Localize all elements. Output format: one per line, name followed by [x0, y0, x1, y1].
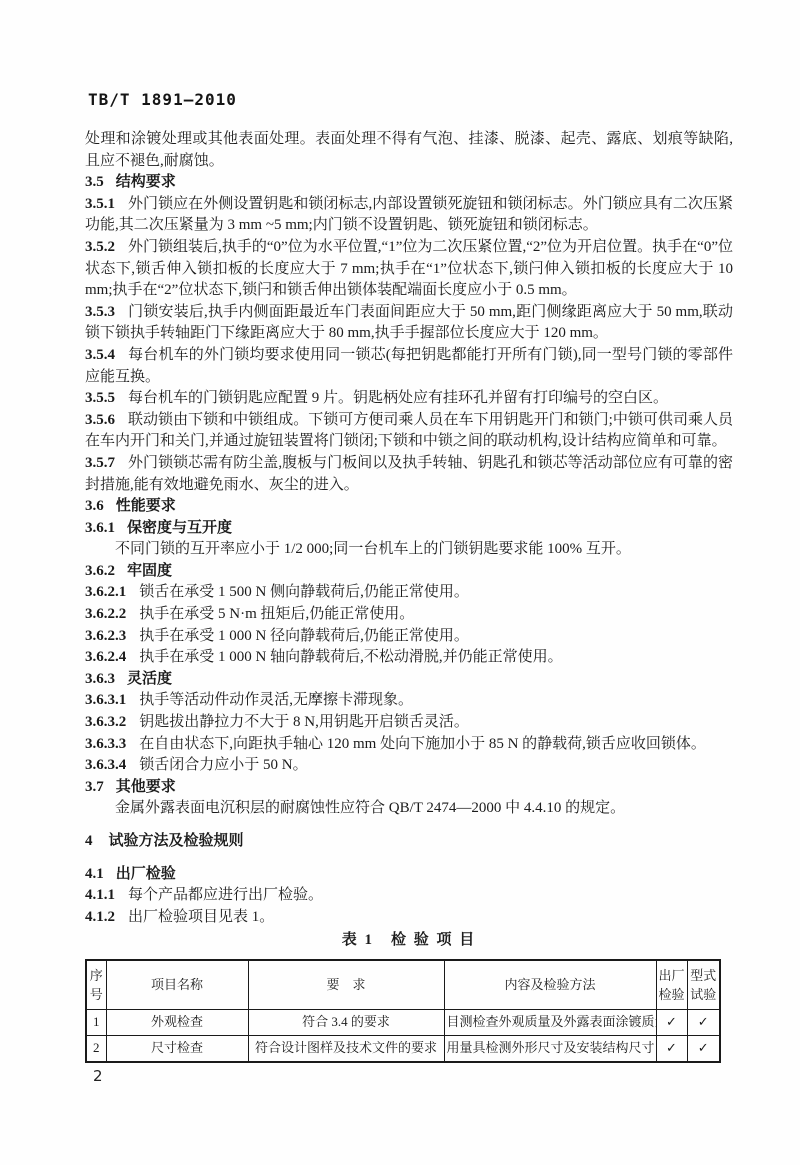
clause-number: 3.6.3.3 [85, 736, 126, 752]
paragraph: 3.6.3.1执手等活动件动作灵活,无摩擦卡滞现象。 [85, 690, 733, 712]
clause-number: 3.5.1 [85, 196, 115, 212]
clause-number: 3.6.2.1 [85, 584, 126, 600]
paragraph-text: 性能要求 [116, 498, 176, 514]
paragraph: 3.5.3门锁安装后,执手内侧面距最近车门表面间距应大于 50 mm,距门侧缘距… [85, 302, 733, 345]
table-cell: 1 [86, 1009, 106, 1035]
document-body: 处理和涂镀处理或其他表面处理。表面处理不得有气泡、挂漆、脱漆、起壳、露底、划痕等… [85, 129, 733, 1063]
paragraph-text: 执手在承受 1 000 N 轴向静载荷后,不松动滑脱,并仍能正常使用。 [139, 649, 562, 665]
clause-number: 3.6.3.1 [85, 692, 126, 708]
check-mark-icon: ✓ [698, 1040, 709, 1055]
paragraph: 3.5.2外门锁组装后,执手的“0”位为水平位置,“1”位为二次压紧位置,“2”… [85, 237, 733, 302]
clause-number: 3.5.3 [85, 304, 115, 320]
table-cell: 目测检查外观质量及外露表面涂镀质量 [444, 1009, 656, 1035]
paragraph-text: 出厂检验项目见表 1。 [128, 909, 274, 925]
table-body: 1外观检查符合 3.4 的要求目测检查外观质量及外露表面涂镀质量✓✓2尺寸检查符… [86, 1009, 720, 1062]
clause-number: 3.6.3.2 [85, 714, 126, 730]
clause-number: 3.5.5 [85, 390, 115, 406]
paragraph-text: 执手在承受 1 000 N 径向静载荷后,仍能正常使用。 [139, 628, 469, 644]
paragraph-text: 处理和涂镀处理或其他表面处理。表面处理不得有气泡、挂漆、脱漆、起壳、露底、划痕等… [85, 131, 733, 169]
paragraph: 3.5.6联动锁由下锁和中锁组成。下锁可方便司乘人员在车下用钥匙开门和锁门;中锁… [85, 410, 733, 453]
table-header-cell: 内容及检验方法 [444, 960, 656, 1010]
paragraph-text: 执手在承受 5 N·m 扭矩后,仍能正常使用。 [139, 606, 414, 622]
clause-number: 3.5 [85, 174, 104, 190]
paragraph-text: 锁舌在承受 1 500 N 侧向静载荷后,仍能正常使用。 [139, 584, 469, 600]
paragraph-text: 在自由状态下,向距执手轴心 120 mm 处向下施加小于 85 N 的静载荷,锁… [139, 736, 706, 752]
clause-number: 3.5.6 [85, 412, 115, 428]
paragraph: 金属外露表面电沉积层的耐腐蚀性应符合 QB/T 2474—2000 中 4.4.… [85, 798, 733, 820]
clause-number: 3.5.7 [85, 455, 115, 471]
table-cell: 尺寸检查 [106, 1035, 248, 1062]
paragraph: 3.6.3.2钥匙拔出静拉力不大于 8 N,用钥匙开启锁舌灵活。 [85, 712, 733, 734]
clause-number: 3.6.3 [85, 671, 115, 687]
page-number: 2 [93, 1067, 103, 1085]
paragraph: 4.1.2出厂检验项目见表 1。 [85, 907, 733, 929]
clause-number: 3.6 [85, 498, 104, 514]
paragraph-text: 金属外露表面电沉积层的耐腐蚀性应符合 QB/T 2474—2000 中 4.4.… [115, 800, 625, 816]
paragraph: 3.5.4每台机车的外门锁均要求使用同一锁芯(每把钥匙都能打开所有门锁),同一型… [85, 345, 733, 388]
table-cell: 符合 3.4 的要求 [248, 1009, 444, 1035]
paragraph-text: 外门锁组装后,执手的“0”位为水平位置,“1”位为二次压紧位置,“2”位为开启位… [85, 239, 733, 298]
table-cell: ✓ [687, 1035, 720, 1062]
check-mark-icon: ✓ [666, 1014, 677, 1029]
section-heading: 3.6.3灵活度 [85, 669, 733, 691]
clause-number: 4.1.1 [85, 887, 115, 903]
section-heading: 4试验方法及检验规则 [85, 831, 733, 853]
paragraph-text: 牢固度 [127, 563, 172, 579]
paragraph-text: 执手等活动件动作灵活,无摩擦卡滞现象。 [139, 692, 413, 708]
table-header-cell: 序号 [86, 960, 106, 1010]
paragraph-text: 出厂检验 [116, 866, 176, 882]
paragraph: 3.5.7外门锁锁芯需有防尘盖,腹板与门板间以及执手转轴、钥匙孔和锁芯等活动部位… [85, 453, 733, 496]
table-header-cell: 项目名称 [106, 960, 248, 1010]
paragraph: 4.1.1每个产品都应进行出厂检验。 [85, 885, 733, 907]
table-cell: 2 [86, 1035, 106, 1062]
paragraph: 3.6.2.1锁舌在承受 1 500 N 侧向静载荷后,仍能正常使用。 [85, 582, 733, 604]
paragraph-text: 结构要求 [116, 174, 176, 190]
table-cell: ✓ [656, 1035, 687, 1062]
table-cell: 外观检查 [106, 1009, 248, 1035]
paragraph: 3.6.2.3执手在承受 1 000 N 径向静载荷后,仍能正常使用。 [85, 626, 733, 648]
standard-number-header: TB/T 1891—2010 [88, 90, 237, 109]
table-cell: 符合设计图样及技术文件的要求 [248, 1035, 444, 1062]
table-header-cell: 型式试验 [687, 960, 720, 1010]
section-heading: 3.5结构要求 [85, 172, 733, 194]
table-header-cell: 出厂检验 [656, 960, 687, 1010]
paragraph-text: 灵活度 [127, 671, 172, 687]
paragraph-text: 保密度与互开度 [127, 520, 232, 536]
paragraph-text: 外门锁锁芯需有防尘盖,腹板与门板间以及执手转轴、钥匙孔和锁芯等活动部位应有可靠的… [85, 455, 733, 493]
clause-number: 3.5.4 [85, 347, 115, 363]
table-header-row: 序号项目名称要 求内容及检验方法出厂检验型式试验 [86, 960, 720, 1010]
clause-number: 4.1 [85, 866, 104, 882]
document-page: TB/T 1891—2010 处理和涂镀处理或其他表面处理。表面处理不得有气泡、… [0, 0, 800, 1165]
paragraph: 3.6.3.3在自由状态下,向距执手轴心 120 mm 处向下施加小于 85 N… [85, 734, 733, 756]
table-cell: ✓ [656, 1009, 687, 1035]
table-cell: 用量具检测外形尺寸及安装结构尺寸 [444, 1035, 656, 1062]
table-row: 1外观检查符合 3.4 的要求目测检查外观质量及外露表面涂镀质量✓✓ [86, 1009, 720, 1035]
section-heading: 4.1出厂检验 [85, 864, 733, 886]
paragraph: 3.5.1外门锁应在外侧设置钥匙和锁闭标志,内部设置锁死旋钮和锁闭标志。外门锁应… [85, 194, 733, 237]
paragraph-text: 锁舌闭合力应小于 50 N。 [139, 757, 307, 773]
section-heading: 3.7其他要求 [85, 777, 733, 799]
clause-number: 3.7 [85, 779, 104, 795]
clause-number: 3.6.2.4 [85, 649, 126, 665]
paragraph: 不同门锁的互开率应小于 1/2 000;同一台机车上的门锁钥匙要求能 100% … [85, 539, 733, 561]
paragraph: 3.6.2.4执手在承受 1 000 N 轴向静载荷后,不松动滑脱,并仍能正常使… [85, 647, 733, 669]
paragraph: 处理和涂镀处理或其他表面处理。表面处理不得有气泡、挂漆、脱漆、起壳、露底、划痕等… [85, 129, 733, 172]
paragraph-text: 门锁安装后,执手内侧面距最近车门表面间距应大于 50 mm,距门侧缘距离应大于 … [85, 304, 733, 342]
clause-number: 4 [85, 833, 93, 849]
clause-number: 3.6.1 [85, 520, 115, 536]
paragraph-text: 每台机车的外门锁均要求使用同一锁芯(每把钥匙都能打开所有门锁),同一型号门锁的零… [85, 347, 733, 385]
paragraph: 3.6.2.2执手在承受 5 N·m 扭矩后,仍能正常使用。 [85, 604, 733, 626]
paragraph-text: 不同门锁的互开率应小于 1/2 000;同一台机车上的门锁钥匙要求能 100% … [115, 541, 631, 557]
table-row: 2尺寸检查符合设计图样及技术文件的要求用量具检测外形尺寸及安装结构尺寸✓✓ [86, 1035, 720, 1062]
section-heading: 3.6.2牢固度 [85, 561, 733, 583]
section-heading: 3.6.1保密度与互开度 [85, 518, 733, 540]
paragraph-text: 联动锁由下锁和中锁组成。下锁可方便司乘人员在车下用钥匙开门和锁门;中锁可供司乘人… [85, 412, 733, 450]
check-mark-icon: ✓ [698, 1014, 709, 1029]
paragraph-text: 试验方法及检验规则 [109, 833, 244, 849]
clause-number: 3.6.2.3 [85, 628, 126, 644]
paragraph-text: 外门锁应在外侧设置钥匙和锁闭标志,内部设置锁死旋钮和锁闭标志。外门锁应具有二次压… [85, 196, 733, 234]
paragraph: 3.6.3.4锁舌闭合力应小于 50 N。 [85, 755, 733, 777]
section-heading: 3.6性能要求 [85, 496, 733, 518]
table-header-cell: 要 求 [248, 960, 444, 1010]
paragraph: 3.5.5每台机车的门锁钥匙应配置 9 片。钥匙柄处应有挂环孔并留有打印编号的空… [85, 388, 733, 410]
clause-number: 3.5.2 [85, 239, 115, 255]
clause-number: 3.6.2.2 [85, 606, 126, 622]
clause-number: 3.6.3.4 [85, 757, 126, 773]
paragraph-text: 每个产品都应进行出厂检验。 [128, 887, 323, 903]
table-caption: 表 1 检 验 项 目 [85, 930, 733, 952]
inspection-items-table: 序号项目名称要 求内容及检验方法出厂检验型式试验 1外观检查符合 3.4 的要求… [85, 959, 721, 1063]
table-cell: ✓ [687, 1009, 720, 1035]
paragraph-text: 每台机车的门锁钥匙应配置 9 片。钥匙柄处应有挂环孔并留有打印编号的空白区。 [128, 390, 668, 406]
paragraph-text: 其他要求 [116, 779, 176, 795]
clause-number: 4.1.2 [85, 909, 115, 925]
clause-number: 3.6.2 [85, 563, 115, 579]
check-mark-icon: ✓ [666, 1040, 677, 1055]
paragraph-text: 钥匙拔出静拉力不大于 8 N,用钥匙开启锁舌灵活。 [139, 714, 469, 730]
table-header-row: 序号项目名称要 求内容及检验方法出厂检验型式试验 [86, 960, 720, 1010]
